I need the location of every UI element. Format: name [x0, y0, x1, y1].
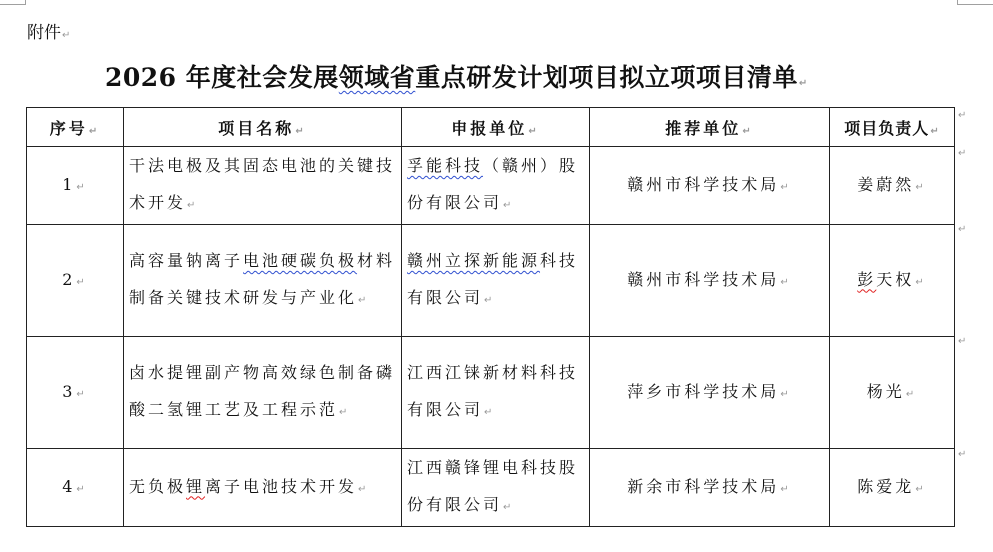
cell-recommender: 赣州市科学技术局↵ [590, 147, 830, 225]
paragraph-mark-icon: ↵ [484, 407, 495, 418]
row-number: 2 [62, 270, 75, 289]
header-label: 推荐单位 [665, 119, 741, 138]
header-label: 序号 [50, 119, 88, 138]
paragraph-mark-icon: ↵ [915, 277, 926, 288]
paragraph-mark-icon: ↵ [780, 484, 791, 495]
cell-no: 3↵ [27, 337, 124, 449]
cell-project: 卤水提锂副产物高效绿色制备磷酸二氢锂工艺及工程示范↵ [124, 337, 402, 449]
row-end-mark-icon: ↵ [958, 224, 966, 235]
paragraph-mark-icon: ↵ [528, 126, 539, 137]
paragraph-mark-icon: ↵ [906, 389, 917, 400]
applicant-name-part: 赣州立探新能源 [407, 251, 540, 270]
header-recommender: 推荐单位↵ [590, 108, 830, 147]
page-title: 2026 年度社会发展领域省重点研发计划项目拟立项项目清单↵ [105, 58, 808, 94]
recommender-name: 萍乡市科学技术局 [627, 382, 779, 401]
recommender-name: 新余市科学技术局 [627, 477, 779, 496]
page-corner-mark-left [0, 0, 26, 5]
attachment-text: 附件 [27, 23, 61, 43]
leader-name: 陈爱龙 [857, 477, 914, 496]
paragraph-mark-icon: ↵ [799, 78, 808, 89]
row-number: 3 [62, 382, 75, 401]
paragraph-mark-icon: ↵ [780, 182, 791, 193]
paragraph-mark-icon: ↵ [358, 484, 369, 495]
cell-applicant: 孚能科技（赣州）股份有限公司↵ [402, 147, 590, 225]
cell-project: 高容量钠离子电池硬碳负极材料制备关键技术研发与产业化↵ [124, 225, 402, 337]
page-corner-mark-right [957, 0, 993, 5]
cell-leader: 陈爱龙↵ [830, 449, 955, 527]
project-list-table: 序号↵ 项目名称↵ 申报单位↵ 推荐单位↵ 项目负责人↵ 1↵ 干法电极及其固态… [26, 107, 955, 527]
paragraph-mark-icon: ↵ [780, 389, 791, 400]
cell-recommender: 新余市科学技术局↵ [590, 449, 830, 527]
row-end-mark-icon: ↵ [958, 336, 966, 347]
header-label: 项目负责人 [844, 119, 929, 138]
attachment-label: 附件↵ [27, 18, 70, 43]
cell-project: 无负极锂离子电池技术开发↵ [124, 449, 402, 527]
table-row: 3↵ 卤水提锂副产物高效绿色制备磷酸二氢锂工艺及工程示范↵ 江西江铼新材料科技有… [27, 337, 955, 449]
paragraph-mark-icon: ↵ [915, 182, 926, 193]
header-leader: 项目负责人↵ [830, 108, 955, 147]
row-end-mark-icon: ↵ [958, 148, 966, 159]
leader-name: 姜蔚然 [857, 175, 914, 194]
table-header-row: 序号↵ 项目名称↵ 申报单位↵ 推荐单位↵ 项目负责人↵ [27, 108, 955, 147]
table-row: 2↵ 高容量钠离子电池硬碳负极材料制备关键技术研发与产业化↵ 赣州立探新能源科技… [27, 225, 955, 337]
row-end-mark-icon: ↵ [958, 449, 966, 460]
paragraph-mark-icon: ↵ [339, 407, 350, 418]
title-part-1: 2026 年度社会发展 [105, 63, 339, 92]
paragraph-mark-icon: ↵ [76, 277, 87, 288]
paragraph-mark-icon: ↵ [503, 502, 514, 513]
paragraph-mark-icon: ↵ [89, 126, 100, 137]
paragraph-mark-icon: ↵ [503, 200, 514, 211]
project-name-part: 离子电池技术开发 [205, 477, 357, 496]
project-name-underlined: 电池硬碳负极 [243, 251, 357, 270]
cell-leader: 姜蔚然↵ [830, 147, 955, 225]
cell-recommender: 萍乡市科学技术局↵ [590, 337, 830, 449]
cell-project: 干法电极及其固态电池的关键技术开发↵ [124, 147, 402, 225]
cell-applicant: 江西江铼新材料科技有限公司↵ [402, 337, 590, 449]
paragraph-mark-icon: ↵ [187, 200, 198, 211]
paragraph-mark-icon: ↵ [76, 484, 87, 495]
paragraph-mark-icon: ↵ [76, 389, 87, 400]
project-name-part: 无负极 [129, 477, 186, 496]
paragraph-mark-icon: ↵ [484, 295, 495, 306]
recommender-name: 赣州市科学技术局 [627, 270, 779, 289]
cell-recommender: 赣州市科学技术局↵ [590, 225, 830, 337]
leader-name-part: 彭 [857, 270, 876, 289]
paragraph-mark-icon: ↵ [915, 484, 926, 495]
header-label: 申报单位 [451, 119, 527, 138]
paragraph-mark-icon: ↵ [780, 277, 791, 288]
leader-name-rest: 天权 [876, 270, 914, 289]
title-part-3: 重点研发计划项目拟立项项目清单 [415, 63, 798, 92]
table-row: 1↵ 干法电极及其固态电池的关键技术开发↵ 孚能科技（赣州）股份有限公司↵ 赣州… [27, 147, 955, 225]
cell-no: 4↵ [27, 449, 124, 527]
cell-no: 2↵ [27, 225, 124, 337]
leader-name: 杨光 [867, 382, 905, 401]
cell-applicant: 赣州立探新能源科技有限公司↵ [402, 225, 590, 337]
cell-no: 1↵ [27, 147, 124, 225]
paragraph-mark-icon: ↵ [76, 182, 87, 193]
row-number: 4 [62, 477, 75, 496]
paragraph-mark-icon: ↵ [358, 295, 369, 306]
header-project: 项目名称↵ [124, 108, 402, 147]
recommender-name: 赣州市科学技术局 [627, 175, 779, 194]
applicant-name-part: 孚能科技 [407, 156, 483, 175]
header-label: 项目名称 [218, 119, 294, 138]
title-part-2: 领域省 [339, 63, 416, 92]
paragraph-mark-icon: ↵ [295, 126, 306, 137]
paragraph-mark-icon: ↵ [742, 126, 753, 137]
project-name: 干法电极及其固态电池的关键技术开发 [129, 156, 395, 212]
applicant-name: 江西赣锋锂电科技股份有限公司 [407, 458, 578, 514]
header-no: 序号↵ [27, 108, 124, 147]
project-name: 卤水提锂副产物高效绿色制备磷酸二氢锂工艺及工程示范 [129, 363, 395, 419]
header-applicant: 申报单位↵ [402, 108, 590, 147]
row-number: 1 [62, 175, 75, 194]
cell-applicant: 江西赣锋锂电科技股份有限公司↵ [402, 449, 590, 527]
paragraph-mark-icon: ↵ [62, 30, 70, 41]
cell-leader: 杨光↵ [830, 337, 955, 449]
project-name-part: 高容量钠离子 [129, 251, 243, 270]
cell-leader: 彭天权↵ [830, 225, 955, 337]
paragraph-mark-icon: ↵ [930, 126, 939, 137]
row-end-mark-icon: ↵ [958, 110, 966, 121]
table-row: 4↵ 无负极锂离子电池技术开发↵ 江西赣锋锂电科技股份有限公司↵ 新余市科学技术… [27, 449, 955, 527]
project-name-underlined: 锂 [186, 477, 205, 496]
